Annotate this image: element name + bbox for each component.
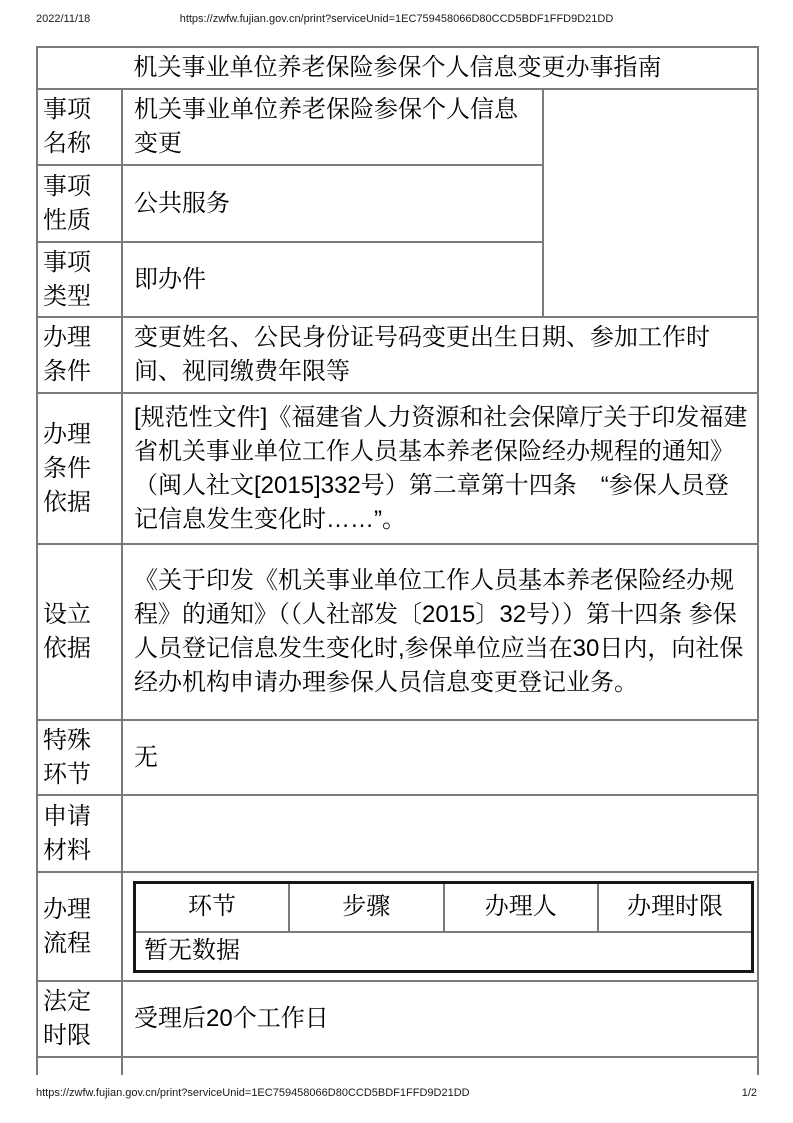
- page-title: 机关事业单位养老保险参保个人信息变更办事指南: [37, 47, 758, 89]
- item-nature-value: 公共服务: [122, 165, 543, 242]
- process-header-procedure: 步骤: [289, 882, 444, 932]
- process-steps-table: 环节 步骤 办理人 办理时限 暂无数据: [133, 881, 754, 973]
- item-type-label: 事项类型: [37, 242, 122, 317]
- item-nature-label: 事项性质: [37, 165, 122, 242]
- item-type-value: 即办件: [122, 242, 543, 317]
- table-row: 特殊环节 无: [37, 720, 758, 795]
- print-footer-url: https://zwfw.fujian.gov.cn/print?service…: [36, 1087, 470, 1099]
- application-materials-label: 申请材料: [37, 795, 122, 872]
- guide-table-container: 机关事业单位养老保险参保个人信息变更办事指南 事项名称 机关事业单位养老保险参保…: [36, 46, 761, 1075]
- partial-row-value-cell: [122, 1057, 758, 1075]
- process-empty-row: 暂无数据: [135, 932, 753, 971]
- table-row-partial: [37, 1057, 758, 1075]
- partial-row-label-cell: [37, 1057, 122, 1075]
- handling-process-value: 环节 步骤 办理人 办理时限 暂无数据: [122, 872, 758, 981]
- table-row: 法定时限 受理后20个工作日: [37, 981, 758, 1057]
- service-guide-table: 机关事业单位养老保险参保个人信息变更办事指南 事项名称 机关事业单位养老保险参保…: [36, 46, 759, 1075]
- title-row: 机关事业单位养老保险参保个人信息变更办事指南: [37, 47, 758, 89]
- handling-conditions-value: 变更姓名、公民身份证号码变更出生日期、参加工作时间、视同缴费年限等: [122, 317, 758, 393]
- table-row: 设立依据 《关于印发《机关事业单位工作人员基本养老保险经办规程》的通知》（（人社…: [37, 544, 758, 720]
- table-row: 事项名称 机关事业单位养老保险参保个人信息变更: [37, 89, 758, 165]
- establishment-basis-label: 设立依据: [37, 544, 122, 720]
- application-materials-value: [122, 795, 758, 872]
- handling-process-label: 办理流程: [37, 872, 122, 981]
- special-steps-label: 特殊环节: [37, 720, 122, 795]
- item-name-value: 机关事业单位养老保险参保个人信息变更: [122, 89, 543, 165]
- special-steps-value: 无: [122, 720, 758, 795]
- process-header-handler: 办理人: [444, 882, 599, 932]
- statutory-time-limit-value: 受理后20个工作日: [122, 981, 758, 1057]
- process-header-time-limit: 办理时限: [598, 882, 753, 932]
- table-row: 办理条件 变更姓名、公民身份证号码变更出生日期、参加工作时间、视同缴费年限等: [37, 317, 758, 393]
- print-header-url: https://zwfw.fujian.gov.cn/print?service…: [0, 13, 793, 25]
- conditions-basis-value: [规范性文件]《福建省人力资源和社会保障厅关于印发福建省机关事业单位工作人员基本…: [122, 393, 758, 544]
- print-footer-page-indicator: 1/2: [742, 1087, 757, 1099]
- print-preview-page: 2022/11/18 https://zwfw.fujian.gov.cn/pr…: [0, 0, 793, 1123]
- process-header-row: 环节 步骤 办理人 办理时限: [135, 882, 753, 932]
- process-no-data-text: 暂无数据: [135, 932, 753, 971]
- conditions-basis-label: 办理条件依据: [37, 393, 122, 544]
- item-name-label: 事项名称: [37, 89, 122, 165]
- table-row: 申请材料: [37, 795, 758, 872]
- statutory-time-limit-label: 法定时限: [37, 981, 122, 1057]
- table-row: 办理流程 环节 步骤 办理人 办理时限 暂无数据: [37, 872, 758, 981]
- process-header-step: 环节: [135, 882, 290, 932]
- empty-side-cell: [543, 89, 758, 317]
- table-row: 办理条件依据 [规范性文件]《福建省人力资源和社会保障厅关于印发福建省机关事业单…: [37, 393, 758, 544]
- handling-conditions-label: 办理条件: [37, 317, 122, 393]
- establishment-basis-value: 《关于印发《机关事业单位工作人员基本养老保险经办规程》的通知》（（人社部发〔20…: [122, 544, 758, 720]
